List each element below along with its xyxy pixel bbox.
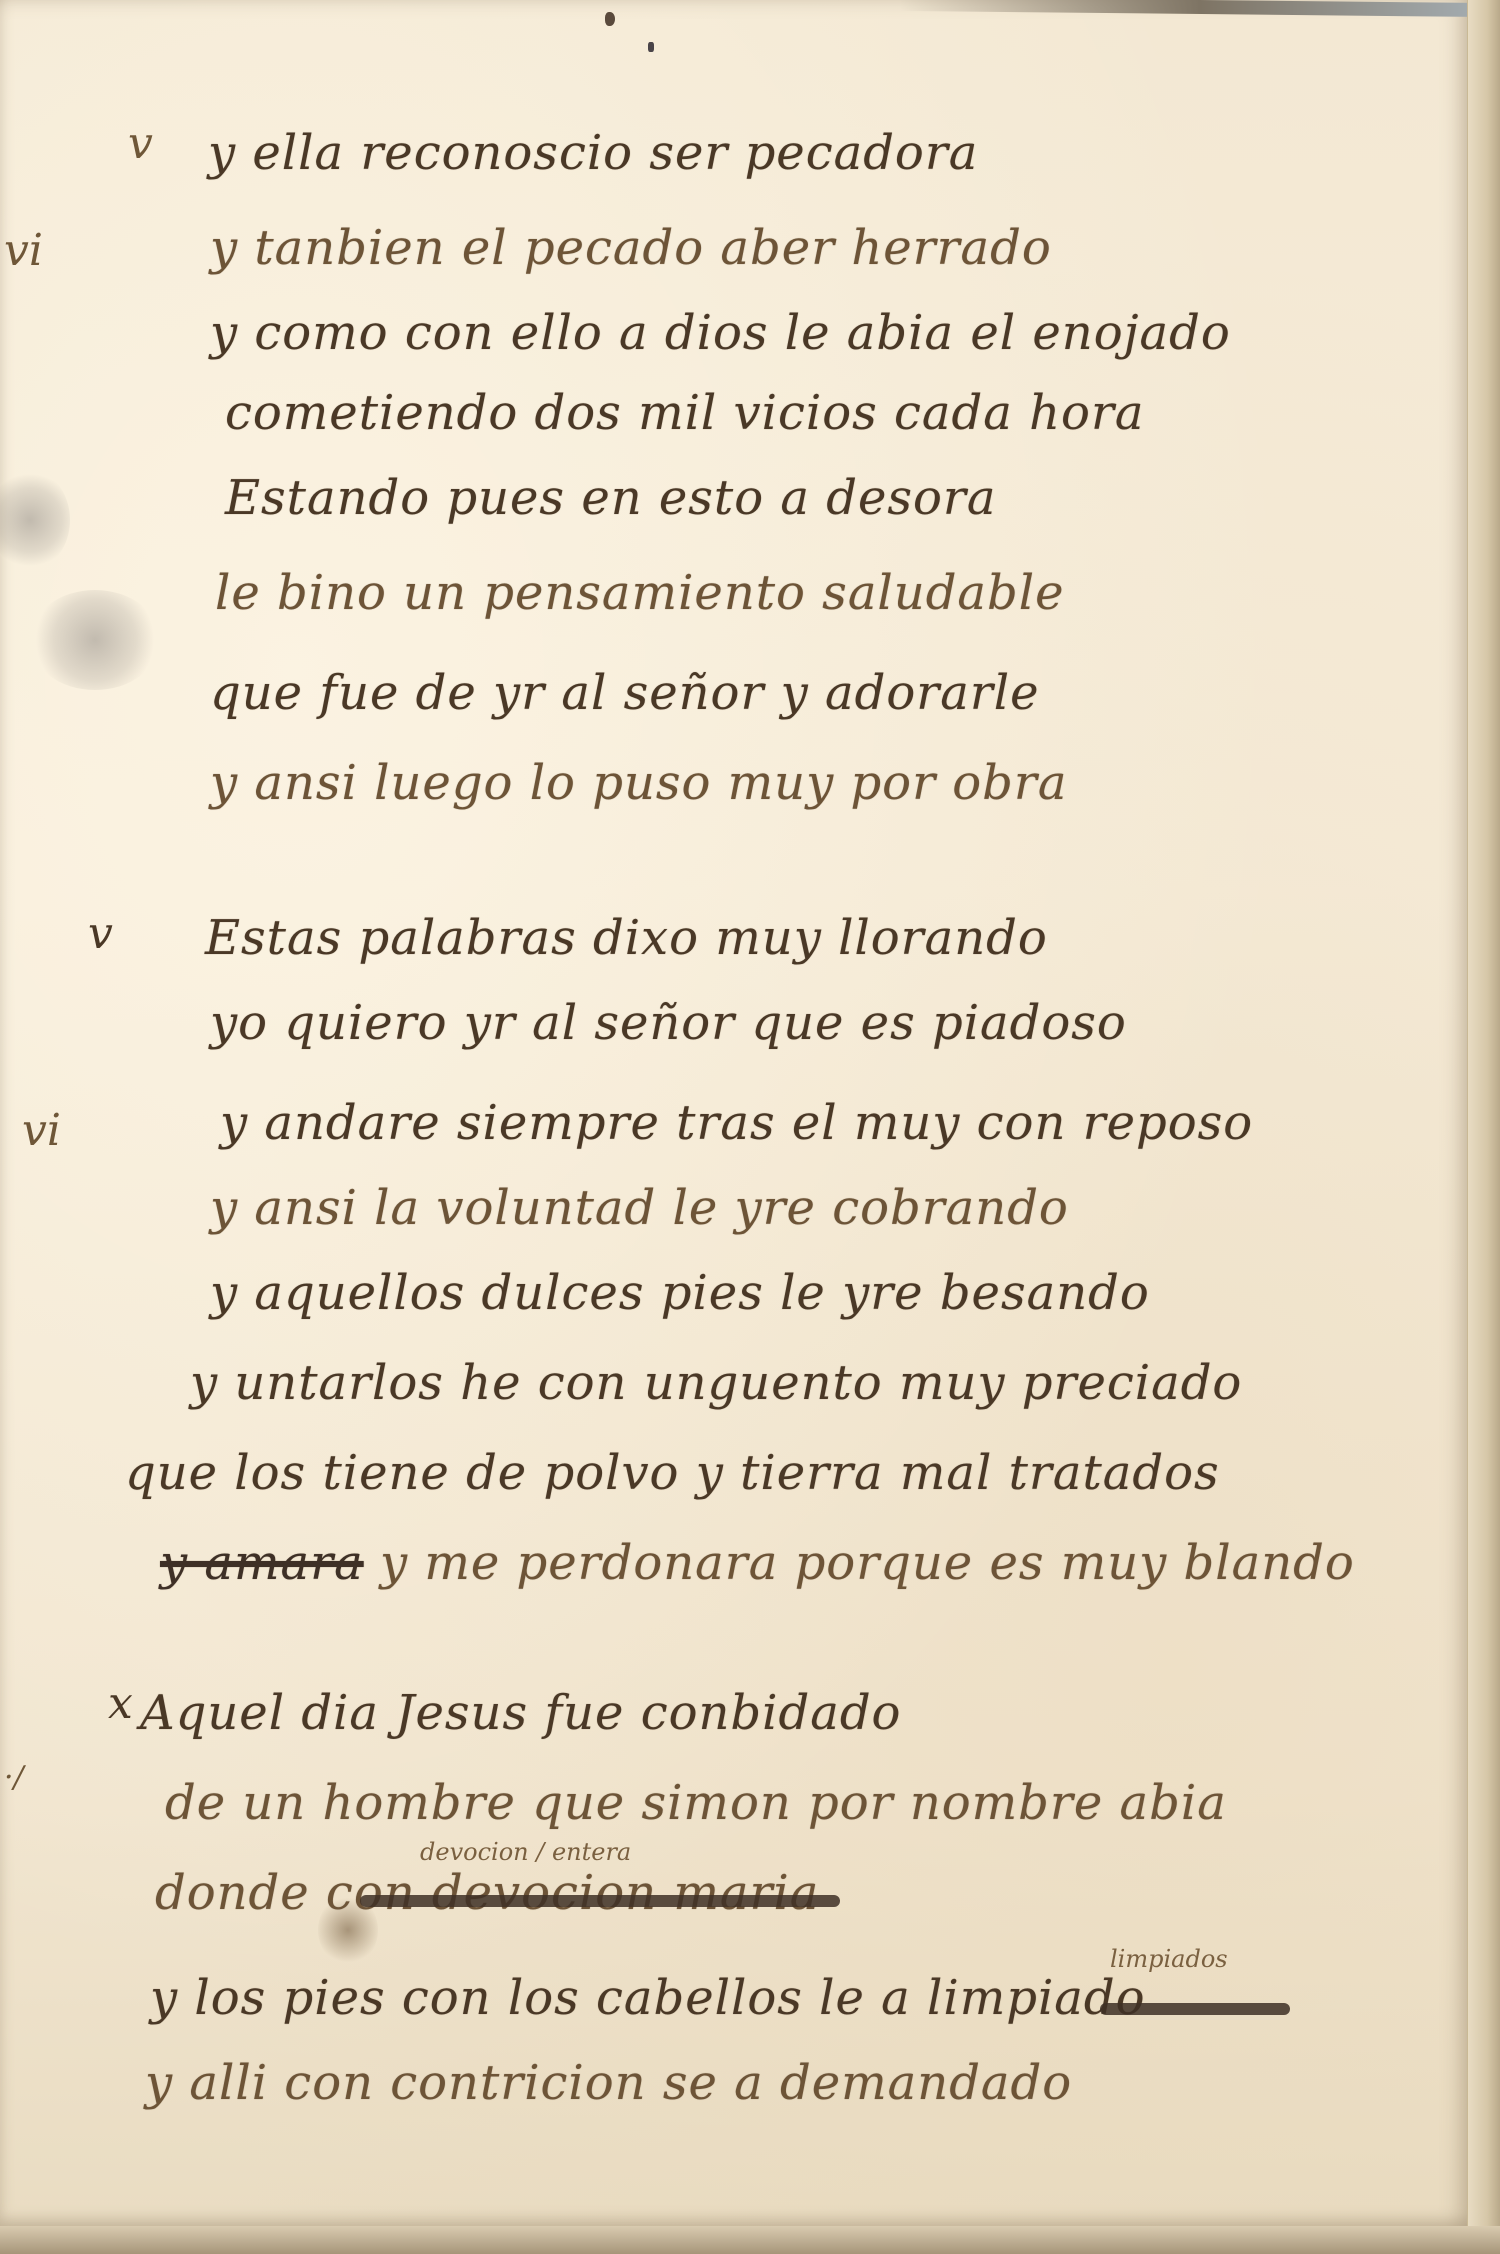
verse-line: y alli con contricion se a demandado xyxy=(145,2055,1072,2111)
verse-line: que fue de yr al señor y adorarle xyxy=(210,665,1040,721)
verse-line: y untarlos he con unguento muy preciado xyxy=(190,1355,1242,1411)
folio-ink-mark xyxy=(648,42,654,52)
stanza-marker: v xyxy=(88,908,113,959)
verse-line: de un hombre que simon por nombre abia xyxy=(165,1775,1227,1831)
verse-line: Estando pues en esto a desora xyxy=(225,470,996,526)
verse-line: donde con devocion maria xyxy=(155,1865,819,1921)
verse-line: y andare siempre tras el muy con reposo xyxy=(220,1095,1253,1151)
verse-line: le bino un pensamiento saludable xyxy=(215,565,1065,621)
facing-page-edge xyxy=(1467,0,1500,2254)
verse-line: y ansi luego lo puso muy por obra xyxy=(210,755,1067,811)
verse-line: y aquellos dulces pies le yre besando xyxy=(210,1265,1150,1321)
folio-ink-mark xyxy=(605,12,615,26)
verse-line-text: y me perdonara porque es muy blando xyxy=(380,1535,1355,1591)
page-top-edge xyxy=(900,0,1500,17)
margin-numeral: vi xyxy=(22,1105,61,1156)
fingerprint-smudge xyxy=(0,470,70,570)
margin-numeral: ·/ xyxy=(4,1760,24,1795)
page-bottom-edge xyxy=(0,2226,1500,2254)
stanza-marker: x xyxy=(108,1678,133,1729)
strikethrough-mark xyxy=(1100,2003,1290,2015)
stanza-marker: v xyxy=(128,118,153,169)
verse-line: Aquel dia Jesus fue conbidado xyxy=(140,1685,901,1741)
verse-line: y tanbien el pecado aber herrado xyxy=(210,220,1052,276)
fingerprint-smudge xyxy=(30,590,160,690)
verse-line: Estas palabras dixo muy llorando xyxy=(205,910,1048,966)
verse-line: y ansi la voluntad le yre cobrando xyxy=(210,1180,1069,1236)
verse-line: y como con ello a dios le abia el enojad… xyxy=(210,305,1231,361)
struck-word: y amara xyxy=(160,1535,364,1591)
verse-line: y ella reconoscio ser pecadora xyxy=(208,125,978,181)
verse-line: que los tiene de polvo y tierra mal trat… xyxy=(125,1445,1220,1501)
interlinear-addition: limpiados xyxy=(1110,1945,1228,1973)
verse-line: y los pies con los cabellos le a limpiad… xyxy=(150,1970,1146,2026)
verse-line: cometiendo dos mil vicios cada hora xyxy=(225,385,1145,441)
interlinear-addition: devocion / entera xyxy=(420,1838,631,1866)
verse-line: yo quiero yr al señor que es piadoso xyxy=(210,995,1127,1051)
strikethrough-mark xyxy=(360,1895,840,1907)
manuscript-page: vi vi ·/ v v x y ella reconoscio ser pec… xyxy=(0,0,1470,2230)
margin-numeral: vi xyxy=(4,225,43,276)
verse-line: y amara y me perdonara porque es muy bla… xyxy=(160,1535,1355,1591)
